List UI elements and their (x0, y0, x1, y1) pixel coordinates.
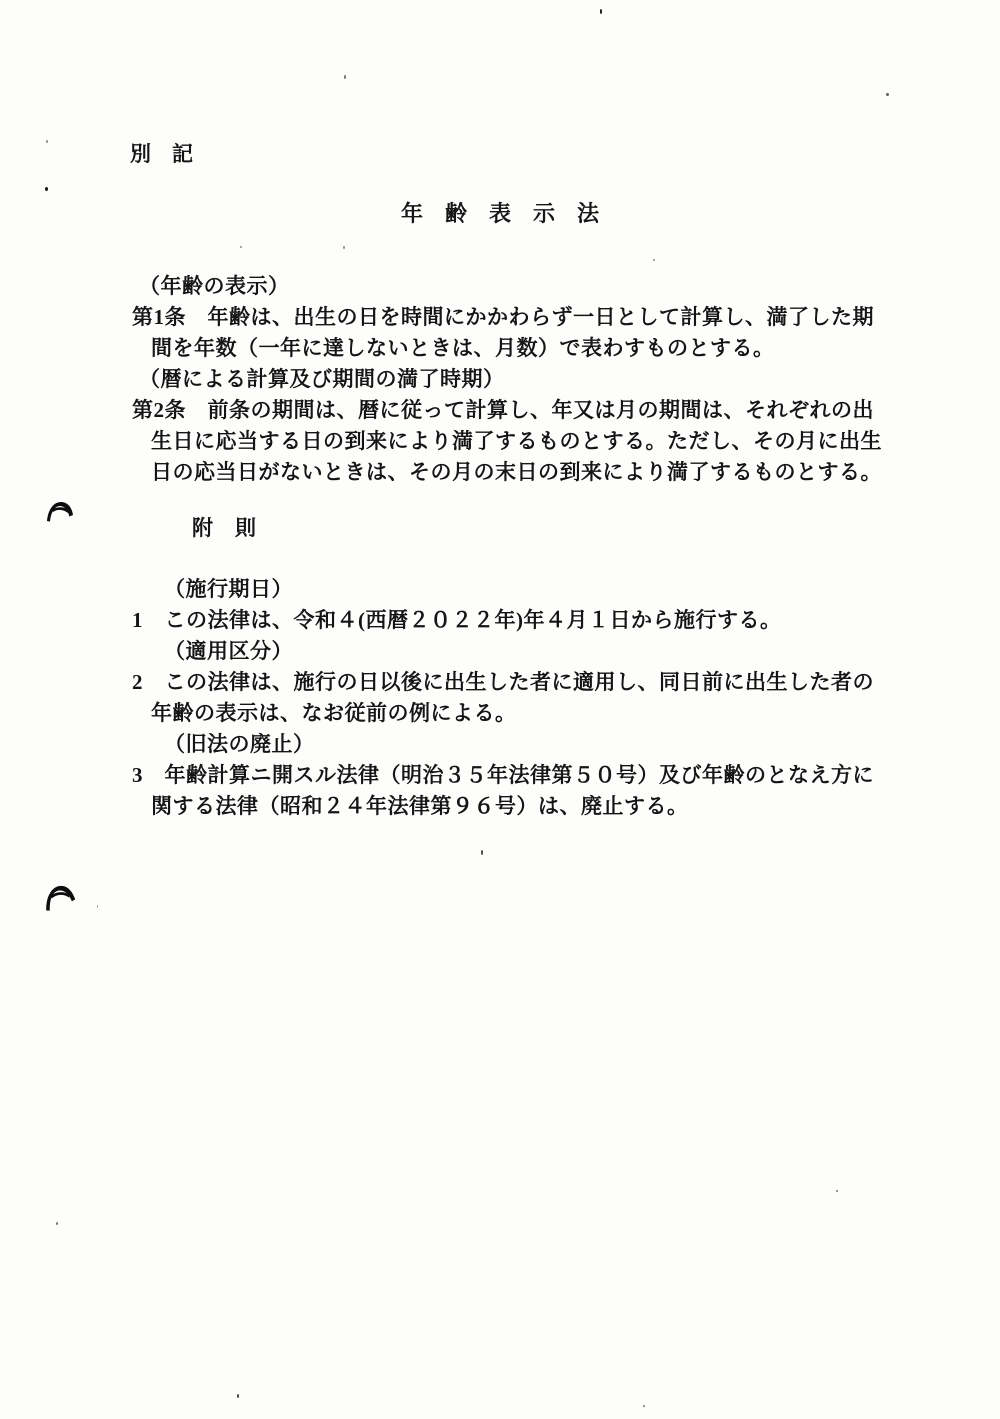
supplement-heading: 附 則 (192, 513, 1000, 544)
supplement-item-1: 1 この法律は、令和４(西暦２０２２年)年４月１日から施行する。 (132, 605, 1000, 636)
document-title: 年 齢 表 示 法 (0, 200, 1000, 228)
scanned-document-page: 別 記 年 齢 表 示 法 （年齢の表示） 第1条 年齢は、出生の日を時間にかか… (0, 0, 1000, 1419)
heading-application: （適用区分） (164, 636, 1000, 667)
marginal-label: 別 記 (130, 141, 193, 167)
supplement-item-3-line-1: 3 年齢計算ニ開スル法律（明治３５年法律第５０号）及び年齢のとなえ方に (132, 760, 1000, 791)
scan-speck (600, 9, 602, 14)
scan-artifact-arc (46, 501, 74, 523)
supplement-item-2-line-2: 年齢の表示は、なお従前の例による。 (151, 698, 1000, 729)
scan-artifact-arc (43, 883, 78, 912)
heading-effective-date: （施行期日） (164, 574, 1000, 605)
article-2-line-3: 日の応当日がないときは、その月の末日の到来により満了するものとする。 (151, 457, 1000, 488)
scan-speck (643, 1405, 645, 1407)
supplement-item-3-line-2: 関する法律（昭和２４年法律第９６号）は、廃止する。 (151, 791, 1000, 822)
scan-speck (240, 246, 242, 248)
article-2-line-1: 第2条 前条の期間は、暦に従って計算し、年又は月の期間は、それぞれの出 (132, 395, 1000, 426)
heading-repeal: （旧法の廃止） (164, 729, 1000, 760)
heading-age-display: （年齢の表示） (139, 271, 1000, 302)
scan-speck (653, 259, 655, 261)
scan-speck (344, 75, 346, 79)
scan-speck (46, 140, 48, 143)
scan-speck (237, 1394, 239, 1398)
supplement-item-2-line-1: 2 この法律は、施行の日以後に出生した者に適用し、同日前に出生した者の (132, 667, 1000, 698)
article-1-line-1: 第1条 年齢は、出生の日を時間にかかわらず一日として計算し、満了した期 (132, 302, 1000, 333)
scan-speck (343, 246, 345, 249)
article-1-line-2: 間を年数（一年に達しないときは、月数）で表わすものとする。 (151, 333, 1000, 364)
scan-speck (56, 1222, 58, 1225)
article-2-line-2: 生日に応当する日の到来により満了するものとする。ただし、その月に出生 (151, 426, 1000, 457)
document-body: （年齢の表示） 第1条 年齢は、出生の日を時間にかかわらず一日として計算し、満了… (0, 271, 1000, 822)
heading-calendar-calc: （暦による計算及び期間の満了時期） (139, 364, 1000, 395)
scan-speck (97, 905, 98, 908)
scan-speck (481, 850, 483, 855)
scan-speck (836, 1190, 838, 1192)
scan-speck (886, 93, 889, 96)
scan-speck (45, 187, 48, 191)
